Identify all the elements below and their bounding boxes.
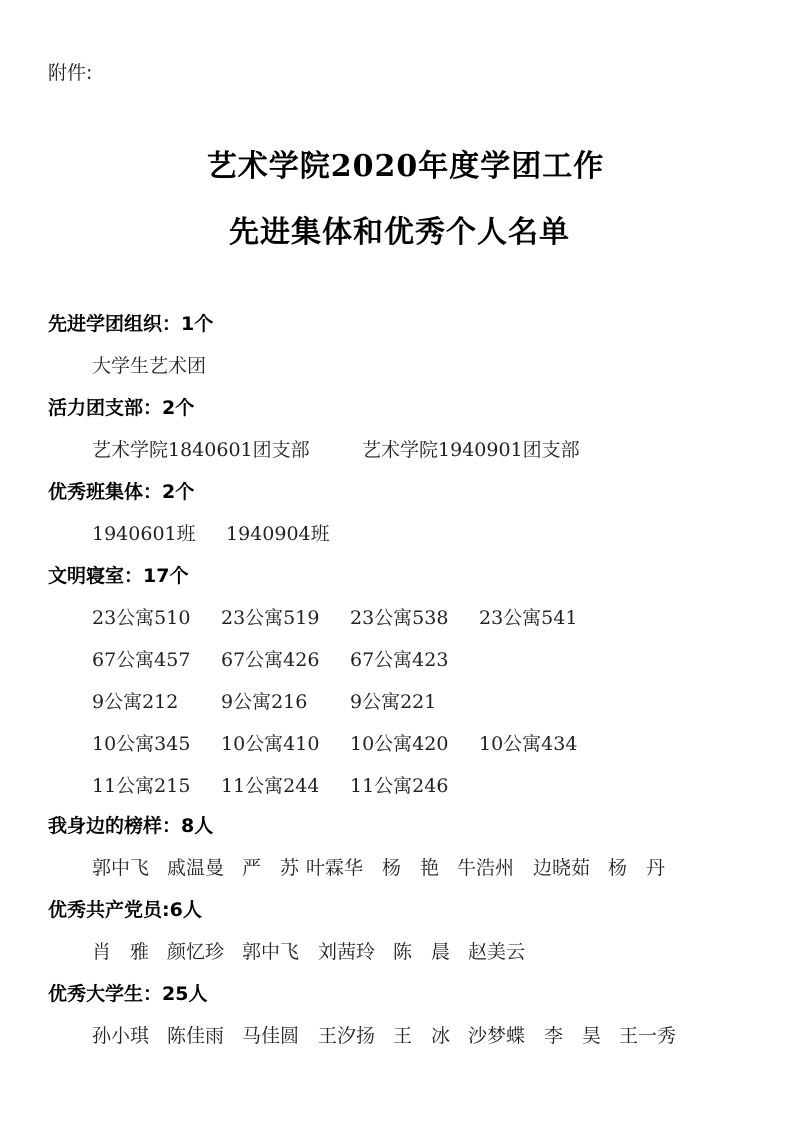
list-item: 戚温曼	[167, 853, 224, 880]
list-item: 23公寓519	[221, 603, 319, 630]
list-item: 陈佳雨	[167, 1021, 224, 1048]
list-item: 沙梦蝶	[468, 1021, 525, 1048]
list-item: 牛浩州	[457, 853, 514, 880]
list-item: 孙小琪	[92, 1021, 149, 1048]
list-item: 11公寓246	[350, 771, 448, 798]
list-item: 11公寓244	[221, 771, 319, 798]
list-item: 23公寓541	[479, 603, 577, 630]
list-item: 10公寓420	[350, 729, 448, 756]
section-heading-civilized-dorm: 文明寝室：17个	[48, 561, 188, 588]
section-heading-vibrant-league-branch: 活力团支部：2个	[48, 393, 194, 420]
section-heading-role-models: 我身边的榜样：8人	[48, 811, 213, 838]
list-item: 边晓茹	[533, 853, 590, 880]
list-item: 67公寓423	[350, 645, 448, 672]
list-item: 9公寓216	[221, 687, 307, 714]
list-item: 艺术学院1940901团支部	[362, 435, 580, 462]
list-item: 郭中飞	[92, 853, 149, 880]
list-item: 艺术学院1840601团支部	[92, 435, 310, 462]
list-item: 10公寓410	[221, 729, 319, 756]
list-item: 刘茜玲	[318, 937, 375, 964]
section-heading-excellent-party-members: 优秀共产党员:6人	[48, 895, 202, 922]
list-item: 叶霖华	[306, 853, 363, 880]
list-item: 67公寓457	[92, 645, 190, 672]
section-heading-advanced-organization: 先进学团组织：1个	[48, 309, 213, 336]
list-item: 大学生艺术团	[92, 351, 206, 378]
list-item: 1940904班	[226, 519, 330, 546]
list-item: 马佳圆	[242, 1021, 299, 1048]
list-item: 23公寓510	[92, 603, 190, 630]
list-item: 王汐扬	[318, 1021, 375, 1048]
list-item: 10公寓345	[92, 729, 190, 756]
document-title-line-1: 艺术学院2020年度学团工作	[6, 141, 799, 185]
list-item: 陈 晨	[393, 937, 450, 964]
document-title-line-2: 先进集体和优秀个人名单	[0, 207, 799, 251]
list-item: 严 苏	[242, 853, 299, 880]
list-item: 67公寓426	[221, 645, 319, 672]
list-item: 9公寓221	[350, 687, 436, 714]
attachment-label: 附件:	[48, 58, 92, 85]
section-heading-excellent-class: 优秀班集体：2个	[48, 477, 194, 504]
list-item: 10公寓434	[479, 729, 577, 756]
list-item: 郭中飞	[242, 937, 299, 964]
list-item: 王一秀	[619, 1021, 676, 1048]
list-item: 1940601班	[92, 519, 196, 546]
list-item: 肖 雅	[92, 937, 149, 964]
section-heading-excellent-students: 优秀大学生：25人	[48, 979, 207, 1006]
list-item: 颜忆珍	[167, 937, 224, 964]
list-item: 23公寓538	[350, 603, 448, 630]
list-item: 9公寓212	[92, 687, 178, 714]
list-item: 杨 丹	[608, 853, 665, 880]
list-item: 杨 艳	[382, 853, 439, 880]
list-item: 李 昊	[544, 1021, 601, 1048]
list-item: 王 冰	[393, 1021, 450, 1048]
list-item: 赵美云	[468, 937, 525, 964]
list-item: 11公寓215	[92, 771, 190, 798]
